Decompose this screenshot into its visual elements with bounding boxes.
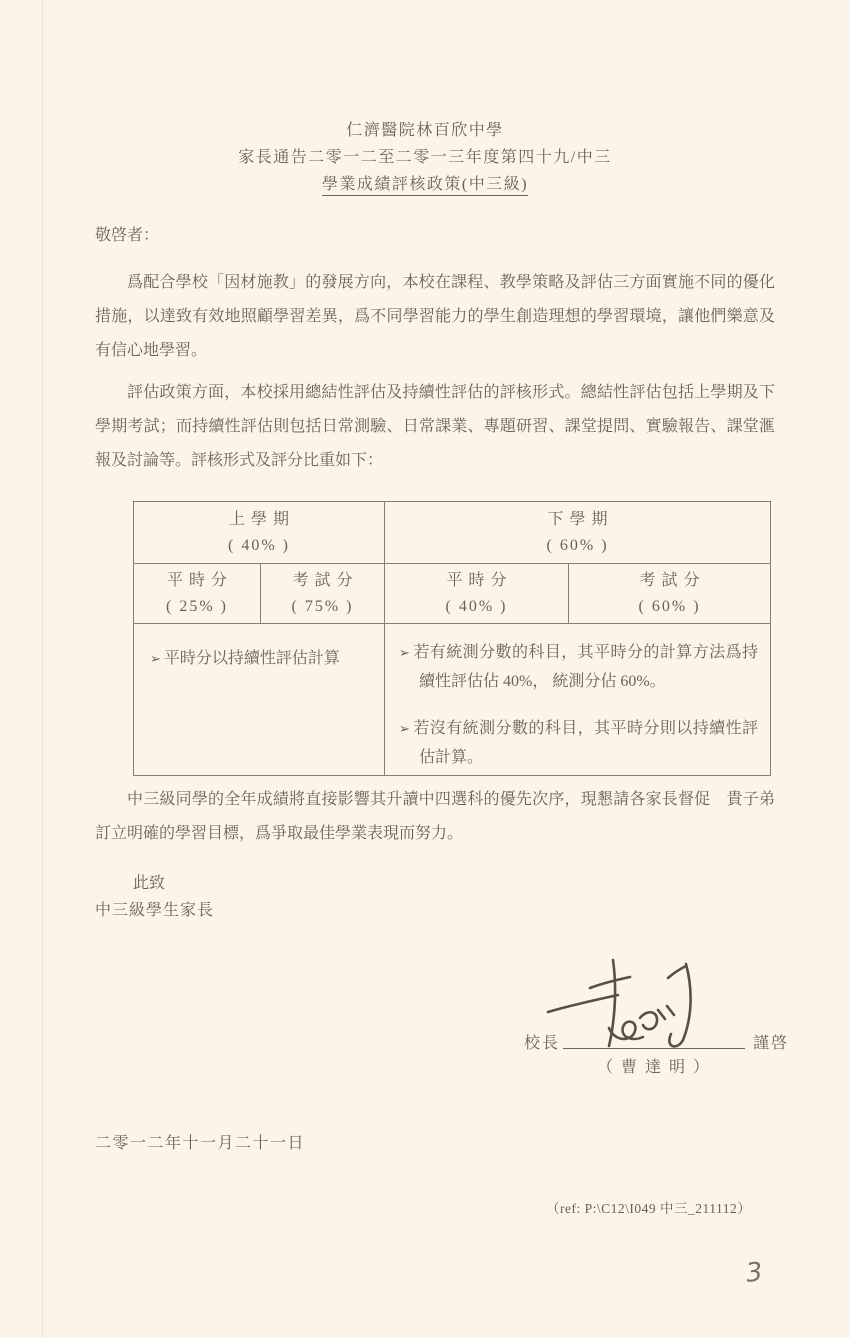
term1-label: 上學期 — [134, 507, 384, 533]
arrow-bullet-icon: ➢ — [399, 645, 410, 660]
daily-score-pct: ( 40% ) — [385, 594, 568, 620]
note-item: ➢若有統測分數的科目，其平時分的計算方法爲持續性評估佔 40%， 統測分佔 60… — [399, 638, 758, 696]
respectfully-label: 謹啓 — [753, 1030, 789, 1053]
subject-line: 學業成績評核政策(中三級) — [0, 171, 850, 198]
exam-score-pct: ( 60% ) — [569, 594, 770, 620]
principal-name: （ 曹 達 明 ） — [563, 1054, 745, 1077]
note-text: 若有統測分數的科目，其平時分的計算方法爲持續性評估佔 40%， 統測分佔 60%… — [413, 644, 758, 690]
note-text: 平時分以持續性評估計算 — [164, 650, 340, 667]
term1-header-cell: 上學期 ( 40% ) — [134, 502, 385, 564]
term2-note-cell: ➢若有統測分數的科目，其平時分的計算方法爲持續性評估佔 40%， 統測分佔 60… — [385, 624, 771, 776]
term2-exam-score-cell: 考試分 ( 60% ) — [569, 564, 771, 624]
arrow-bullet-icon: ➢ — [399, 721, 410, 736]
notice-header: 仁濟醫院林百欣中學 家長通告二零一二至二零一三年度第四十九/中三 學業成績評核政… — [0, 117, 850, 198]
term2-daily-score-cell: 平時分 ( 40% ) — [385, 564, 569, 624]
term1-exam-score-cell: 考試分 ( 75% ) — [261, 564, 385, 624]
document-date: 二零一二年十一月二十一日 — [95, 1130, 305, 1153]
daily-score-label: 平時分 — [385, 568, 568, 594]
salutation: 敬啓者： — [95, 222, 159, 245]
term2-label: 下學期 — [385, 507, 770, 533]
paper-fold-line — [42, 0, 43, 1338]
notice-number-line: 家長通告二零一二至二零一三年度第四十九/中三 — [0, 144, 850, 171]
term-header-row: 上學期 ( 40% ) 下學期 ( 60% ) — [134, 502, 771, 564]
assessment-weight-table: 上學期 ( 40% ) 下學期 ( 60% ) 平時分 ( 25% ) 考試分 … — [133, 501, 771, 776]
score-type-row: 平時分 ( 25% ) 考試分 ( 75% ) 平時分 ( 40% ) 考試分 … — [134, 564, 771, 624]
scanned-notice-page: 仁濟醫院林百欣中學 家長通告二零一二至二零一三年度第四十九/中三 學業成績評核政… — [0, 0, 850, 1338]
exam-score-label: 考試分 — [569, 568, 770, 594]
note-item: ➢若沒有統測分數的科目，其平時分則以持續性評估計算。 — [399, 714, 758, 772]
principal-signature — [540, 948, 700, 1053]
term2-header-cell: 下學期 ( 60% ) — [385, 502, 771, 564]
exam-score-pct: ( 75% ) — [261, 594, 384, 620]
term2-percentage: ( 60% ) — [385, 533, 770, 559]
note-item: ➢平時分以持續性評估計算 — [150, 644, 376, 673]
calculation-notes-row: ➢平時分以持續性評估計算 ➢若有統測分數的科目，其平時分的計算方法爲持續性評估佔… — [134, 624, 771, 776]
arrow-bullet-icon: ➢ — [150, 651, 161, 666]
term1-daily-score-cell: 平時分 ( 25% ) — [134, 564, 261, 624]
daily-score-label: 平時分 — [134, 568, 260, 594]
handwritten-page-number: 3 — [744, 1257, 764, 1289]
paragraph-assessment-policy: 評估政策方面，本校採用總結性評估及持續性評估的評核形式。總結性評估包括上學期及下… — [95, 376, 775, 478]
signature-underline — [563, 1048, 745, 1049]
paragraph-exhortation: 中三級同學的全年成績將直接影響其升讀中四選科的優先次序，現懇請各家長督促 貴子弟… — [95, 783, 775, 851]
daily-score-pct: ( 25% ) — [134, 594, 260, 620]
paragraph-intro: 爲配合學校「因材施教」的發展方向，本校在課程、教學策略及評估三方面實施不同的優化… — [95, 266, 775, 368]
exam-score-label: 考試分 — [261, 568, 384, 594]
term1-note-cell: ➢平時分以持續性評估計算 — [134, 624, 385, 776]
term1-percentage: ( 40% ) — [134, 533, 384, 559]
recipient-line: 中三級學生家長 — [95, 897, 214, 920]
subject-title: 學業成績評核政策(中三級) — [322, 176, 528, 196]
school-name: 仁濟醫院林百欣中學 — [0, 117, 850, 144]
principal-title-label: 校長 — [524, 1030, 560, 1053]
note-text: 若沒有統測分數的科目，其平時分則以持續性評估計算。 — [413, 720, 758, 766]
closing-phrase: 此致 — [133, 870, 165, 893]
file-reference: （ref: P:\C12\I049 中三_211112） — [546, 1197, 751, 1217]
